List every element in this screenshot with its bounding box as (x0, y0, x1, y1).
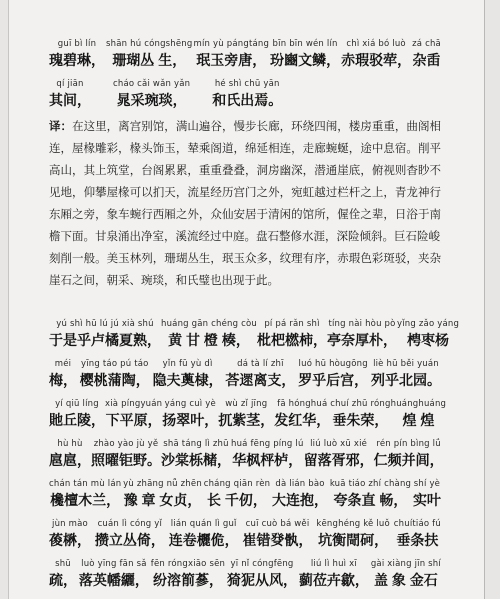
hanzi-text: 煌 煌 (402, 410, 434, 430)
pinyin-text: kuā tiáo zhí chàng (330, 479, 411, 490)
pinyin-text: gài xiàng jīn shí (371, 559, 441, 570)
pinyin-text: cháng qiān rèn (204, 479, 271, 490)
ruby-group: chuí zhū róng垂朱荣， (330, 399, 390, 430)
ruby-line: yú shì hū lú jú xià shú于是乎卢橘夏熟，huáng gān… (49, 316, 441, 350)
ruby-group: yí qiū líng貤丘陵， (49, 399, 105, 430)
hanzi-text: 欃檀木兰， (50, 490, 120, 510)
hanzi-text: 发红华， (274, 410, 330, 430)
ruby-line: qí jiān其间，cháo cǎi wǎn yǎn晁采琬琰，hé shì ch… (49, 76, 441, 110)
translation-line: 见地，仰攀屋椽可以扪天，流星经历宫门之外，宛虹越过栏杆之上，青龙神行 (49, 182, 441, 204)
pinyin-text-block-1: guī bì lín瑰碧琳，shān hú cóngshēng珊瑚丛 生，mín… (49, 36, 441, 110)
ruby-group: luó hū hòugōng罗乎后宫， (298, 359, 368, 390)
hanzi-text: 扈扈， (49, 450, 91, 470)
document-page: guī bì lín瑰碧琳，shān hú cóngshēng珊瑚丛 生，mín… (8, 0, 485, 599)
translation-paragraph: 译：在这里，离宫别馆，满山遍谷，慢步长廊，环绕四闱，楼房重重，曲阁相连，屋椽雕彩… (49, 116, 441, 292)
ruby-group: chán tán mù lán欃檀木兰， (49, 479, 121, 510)
hanzi-text: 樱桃蒲陶， (80, 370, 150, 390)
hanzi-text: 晁采琬琰， (117, 90, 187, 110)
ruby-group: yú shì hū lú jú xià shú于是乎卢橘夏熟， (49, 319, 161, 350)
ruby-group: liú lì huì xī藰莅卉歙， (299, 559, 369, 590)
ruby-group: huá fēng píng lú华枫枰栌， (231, 439, 304, 470)
pinyin-text: yáng cuì yè (165, 399, 216, 410)
ruby-group: pí pá rǎn shì枇杷橪柿， (257, 319, 327, 350)
pinyin-text: fēn róngxiāo sēn (151, 559, 225, 570)
pinyin-text: shí yè (414, 479, 440, 490)
ruby-group: yáng cuì yè扬翠叶， (162, 399, 218, 430)
ruby-group: dá tà lí zhī荅遝离支， (225, 359, 295, 390)
pinyin-text: dá tà lí zhī (237, 359, 284, 370)
ruby-group: wù zǐ jīng扤紫茎， (218, 399, 274, 430)
hanzi-text: 留落胥邪， (304, 450, 374, 470)
ruby-group: liú luò xū xié留落胥邪， (304, 439, 374, 470)
pinyin-text: fā hónghuá (277, 399, 327, 410)
hanzi-text: 扤紫茎， (218, 410, 274, 430)
pinyin-text: shū (55, 559, 71, 570)
translation-line: 连，屋椽雕彩，椽头饰玉，辇乘阁道，绵延相连，走廊蜿蜒，途中息宿。削平 (49, 138, 441, 160)
ruby-group: cháo cǎi wǎn yǎn晁采琬琰， (113, 79, 190, 110)
hanzi-text: 于是乎卢橘夏熟， (49, 330, 161, 350)
pinyin-text: cuán lì cóng yǐ (98, 519, 163, 530)
ruby-group: hù hù扈扈， (49, 439, 91, 470)
pinyin-text-block-2: yú shì hū lú jú xià shú于是乎卢橘夏熟，huáng gān… (49, 316, 441, 590)
hanzi-text: 列乎北园。 (371, 370, 441, 390)
hanzi-text: 荅遝离支， (225, 370, 295, 390)
hanzi-text: 实叶 (413, 490, 441, 510)
ruby-group: kēnghéng kě luǒ坑衡閜砢， (316, 519, 390, 550)
pinyin-text: tíng nài hòu pò (328, 319, 395, 330)
hanzi-text: 珊瑚丛 生， (112, 50, 186, 70)
hanzi-text: 攒立丛倚， (95, 530, 165, 550)
pinyin-text: shā táng lì zhū (163, 439, 228, 450)
pinyin-text: shān hú cóngshēng (106, 39, 192, 50)
hanzi-text: 梅， (49, 370, 77, 390)
hanzi-text: 扬翠叶， (162, 410, 218, 430)
pinyin-text: zá chā (412, 39, 441, 50)
ruby-line: hù hù扈扈，zhào yào jù yě照曜钜野。shā táng lì z… (49, 436, 441, 470)
pinyin-text: chuítiáo fú (394, 519, 441, 530)
pinyin-text: hé shì chū yān (215, 79, 280, 90)
pinyin-text: luó hū hòugōng (299, 359, 368, 370)
ruby-group: zá chā杂臿 (412, 39, 441, 70)
hanzi-text: 梬枣杨 (407, 330, 449, 350)
ruby-group: jùn mào葰楙， (49, 519, 91, 550)
ruby-group: chuítiáo fú垂条扶 (394, 519, 441, 550)
hanzi-text: 藰莅卉歙， (299, 570, 369, 590)
ruby-group: xià píngyuán下平原， (105, 399, 162, 430)
hanzi-text: 下平原， (106, 410, 162, 430)
hanzi-text: 和氏出焉。 (212, 90, 282, 110)
pinyin-text: qí jiān (56, 79, 83, 90)
pinyin-text: wù zǐ jīng (225, 399, 267, 410)
hanzi-text: 大连抱， (272, 490, 328, 510)
ruby-group: hé shì chū yān和氏出焉。 (212, 79, 282, 110)
hanzi-text: 垂条扶 (396, 530, 438, 550)
hanzi-text: 仁频并闾， (374, 450, 444, 470)
pinyin-text: xià píngyuán (105, 399, 162, 410)
ruby-group: qí jiān其间， (49, 79, 91, 110)
pinyin-text: liè hū běi yuán (373, 359, 439, 370)
hanzi-text: 玢豳文鳞， (270, 50, 340, 70)
hanzi-text: 隐夫薁棣， (153, 370, 223, 390)
translation-line: 东厢之旁，象车蜿行西厢之外，众仙安居于清闲的馆所，偓佺之辈，日浴于南 (49, 204, 441, 226)
translation-line: 刻削一般。美玉林列，珊瑚丛生，珉玉众多，纹理有序，赤瑕色彩斑驳，夹杂 (49, 248, 441, 270)
hanzi-text: 纷溶箾蔘， (153, 570, 223, 590)
translation-line: 崖石之间，朝采、琬琰，和氏璧也出现于此。 (49, 270, 441, 292)
hanzi-text: 亭奈厚朴， (327, 330, 397, 350)
pinyin-text: pí pá rǎn shì (264, 319, 319, 330)
hanzi-text: 长 千仞， (207, 490, 267, 510)
ruby-line: shū疏，luò yīng fān sǎ落英幡纚，fēn róngxiāo sē… (49, 556, 441, 590)
ruby-group: yù zhāng nǚ zhēn豫 章 女贞， (123, 479, 202, 510)
ruby-group: yǐng zǎo yáng梬枣杨 (397, 319, 459, 350)
pinyin-text: méi (55, 359, 71, 370)
pinyin-text: hù hù (57, 439, 82, 450)
ruby-group: yǐn fū yù dì隐夫薁棣， (153, 359, 223, 390)
hanzi-text: 夸条直 畅， (334, 490, 408, 510)
pinyin-text: yī nǐ cóngfēng (231, 559, 294, 570)
hanzi-text: 疏， (49, 570, 77, 590)
translation-line: 檐下面。甘泉涌出净室，溪流经过中庭。盘石整修水涯，深险倾斜。巨石险峻， (49, 226, 441, 248)
ruby-group: fēn róngxiāo sēn纷溶箾蔘， (151, 559, 225, 590)
ruby-group: tíng nài hòu pò亭奈厚朴， (327, 319, 397, 350)
pinyin-text: yí qiū líng (55, 399, 99, 410)
pinyin-text: yǐn fū yù dì (163, 359, 213, 370)
ruby-group: cuán lì cóng yǐ攒立丛倚， (95, 519, 165, 550)
pinyin-text: liú lì huì xī (311, 559, 357, 570)
ruby-group: yīng táo pú táo樱桃蒲陶， (80, 359, 150, 390)
pinyin-text: bīn bīn wén lín (273, 39, 338, 50)
ruby-group: shān hú cóngshēng珊瑚丛 生， (106, 39, 192, 70)
translation-line: 高山，其上筑堂，台阁累累，重重叠叠，洞房幽深，潜通崖底，俯视则杳眇不 (49, 160, 441, 182)
ruby-group: chì xiá bó luò赤瑕驳荦， (341, 39, 411, 70)
translation-line-text: 在这里，离宫别馆，满山遍谷，慢步长廊，环绕四闱，楼房重重，曲阁相 (72, 121, 441, 133)
ruby-group: rén pín bìng lǘ仁频并闾， (374, 439, 444, 470)
ruby-line: jùn mào葰楙，cuán lì cóng yǐ攒立丛倚，lián quán … (49, 516, 441, 550)
ruby-group: dà lián bào大连抱， (272, 479, 328, 510)
hanzi-text: 盖 象 金石 (374, 570, 438, 590)
pinyin-text: huá fēng píng lú (231, 439, 304, 450)
pinyin-text: luò yīng fān sǎ (81, 559, 146, 570)
ruby-group: cháng qiān rèn长 千仞， (204, 479, 271, 510)
pinyin-text: yǐng zǎo yáng (397, 319, 459, 330)
ruby-group: guī bì lín瑰碧琳， (49, 39, 105, 70)
pinyin-text: huáng gān chéng còu (161, 319, 257, 330)
document-content: guī bì lín瑰碧琳，shān hú cóngshēng珊瑚丛 生，mín… (49, 36, 441, 590)
pinyin-text: yīng táo pú táo (81, 359, 149, 370)
pinyin-text: cháo cǎi wǎn yǎn (113, 79, 190, 90)
ruby-group: cuī cuò bá wěi崔错癹骫， (243, 519, 313, 550)
ruby-line: yí qiū líng貤丘陵，xià píngyuán下平原，yáng cuì … (49, 396, 441, 430)
hanzi-text: 猗狔从风， (227, 570, 297, 590)
pinyin-text: chì xiá bó luò (346, 39, 405, 50)
hanzi-text: 连卷欐佹， (169, 530, 239, 550)
pinyin-text: lián quán lì guǐ (171, 519, 237, 530)
hanzi-text: 瑰碧琳， (49, 50, 105, 70)
hanzi-text: 豫 章 女贞， (124, 490, 202, 510)
hanzi-text: 葰楙， (49, 530, 91, 550)
pinyin-text: yú shì hū lú jú xià shú (56, 319, 153, 330)
hanzi-text: 华枫枰栌， (232, 450, 302, 470)
hanzi-text: 赤瑕驳荦， (341, 50, 411, 70)
ruby-group: bīn bīn wén lín玢豳文鳞， (270, 39, 340, 70)
ruby-group: shí yè实叶 (413, 479, 441, 510)
pinyin-text: chán tán mù lán (49, 479, 121, 490)
ruby-group: mín yù pángtáng珉玉旁唐， (194, 39, 270, 70)
ruby-group: shā táng lì zhū沙棠栎槠， (161, 439, 231, 470)
pinyin-text: huánghuáng (391, 399, 447, 410)
hanzi-text: 崔错癹骫， (243, 530, 313, 550)
pinyin-text: rén pín bìng lǘ (376, 439, 440, 450)
hanzi-text: 杂臿 (413, 50, 441, 70)
pinyin-text: zhào yào jù yě (94, 439, 159, 450)
pinyin-text: liú luò xū xié (310, 439, 367, 450)
hanzi-text: 枇杷橪柿， (257, 330, 327, 350)
ruby-group: huáng gān chéng còu黄 甘 橙 楱， (161, 319, 257, 350)
hanzi-text: 貤丘陵， (49, 410, 105, 430)
hanzi-text: 珉玉旁唐， (196, 50, 266, 70)
hanzi-text: 落英幡纚， (79, 570, 149, 590)
ruby-group: zhào yào jù yě照曜钜野。 (91, 439, 161, 470)
hanzi-text: 坑衡閜砢， (318, 530, 388, 550)
ruby-group: fā hónghuá发红华， (274, 399, 330, 430)
hanzi-text: 沙棠栎槠， (161, 450, 231, 470)
translation-label: 译： (49, 121, 72, 133)
ruby-group: shū疏， (49, 559, 77, 590)
ruby-line: méi梅，yīng táo pú táo樱桃蒲陶，yǐn fū yù dì隐夫薁… (49, 356, 441, 390)
pinyin-text: chuí zhū róng (330, 399, 390, 410)
pinyin-text: dà lián bào (275, 479, 324, 490)
pinyin-text: jùn mào (52, 519, 88, 530)
hanzi-text: 黄 甘 橙 楱， (168, 330, 250, 350)
pinyin-text: yù zhāng nǚ zhēn (123, 479, 202, 490)
ruby-line: guī bì lín瑰碧琳，shān hú cóngshēng珊瑚丛 生，mín… (49, 36, 441, 70)
ruby-group: gài xiàng jīn shí盖 象 金石 (371, 559, 441, 590)
hanzi-text: 照曜钜野。 (91, 450, 161, 470)
pinyin-text: cuī cuò bá wěi (246, 519, 310, 530)
ruby-group: yī nǐ cóngfēng猗狔从风， (227, 559, 297, 590)
ruby-group: liè hū běi yuán列乎北园。 (371, 359, 441, 390)
ruby-group: huánghuáng煌 煌 (391, 399, 447, 430)
ruby-group: kuā tiáo zhí chàng夸条直 畅， (330, 479, 411, 510)
ruby-line: chán tán mù lán欃檀木兰，yù zhāng nǚ zhēn豫 章 … (49, 476, 441, 510)
pinyin-text: kēnghéng kě luǒ (316, 519, 390, 530)
pinyin-text: guī bì lín (58, 39, 96, 50)
hanzi-text: 垂朱荣， (332, 410, 388, 430)
ruby-group: luò yīng fān sǎ落英幡纚， (79, 559, 149, 590)
ruby-group: méi梅， (49, 359, 77, 390)
ruby-group: lián quán lì guǐ连卷欐佹， (169, 519, 239, 550)
pinyin-text: mín yù pángtáng (194, 39, 270, 50)
hanzi-text: 其间， (49, 90, 91, 110)
hanzi-text: 罗乎后宫， (298, 370, 368, 390)
translation-line: 译：在这里，离宫别馆，满山遍谷，慢步长廊，环绕四闱，楼房重重，曲阁相 (49, 116, 441, 138)
